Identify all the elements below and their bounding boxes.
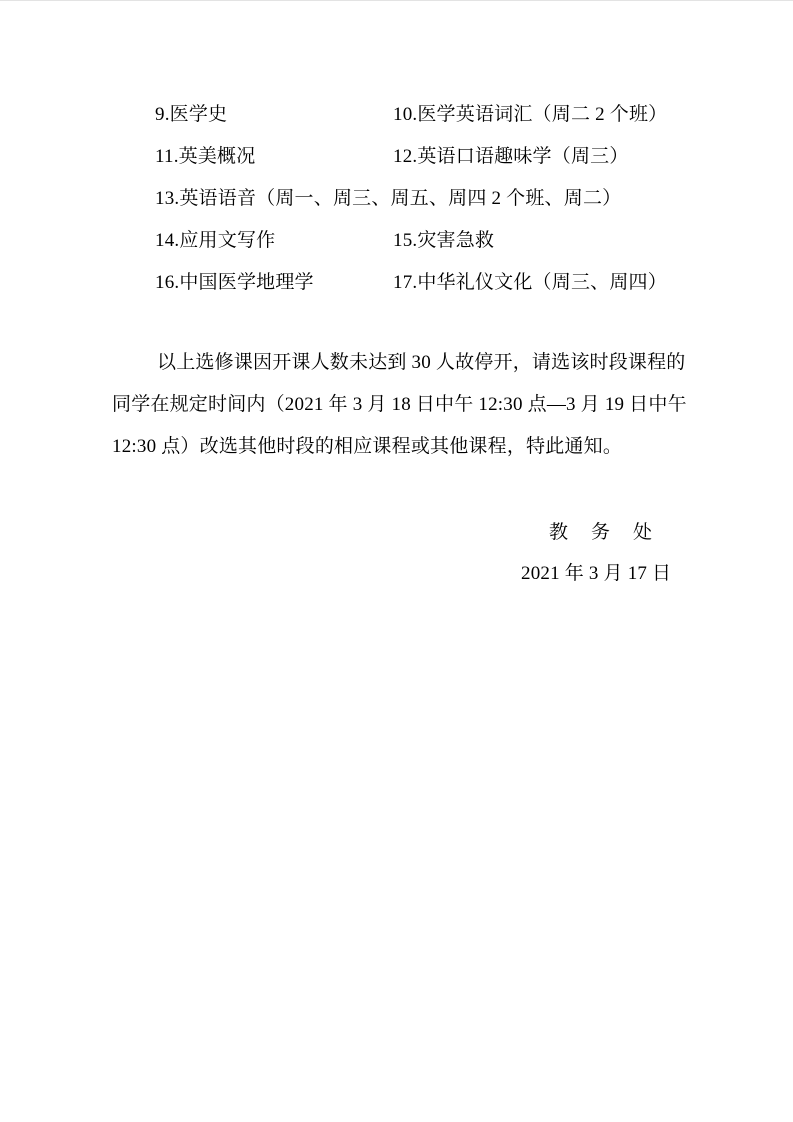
notice-line: 同学在规定时间内（2021 年 3 月 18 日中午 12:30 点—3 月 1… xyxy=(112,392,687,418)
course-item-14: 14.应用文写作 xyxy=(155,228,275,254)
course-item-13: 13.英语语音（周一、周三、周五、周四 2 个班、周二） xyxy=(155,186,621,212)
signature-date: 2021 年 3 月 17 日 xyxy=(521,561,671,587)
notice-line: 12:30 点）改选其他时段的相应课程或其他课程，特此通知。 xyxy=(112,434,622,460)
course-item-9: 9.医学史 xyxy=(155,102,227,128)
notice-document-page: 9.医学史 10.医学英语词汇（周二 2 个班） 11.英美概况 12.英语口语… xyxy=(0,0,793,1122)
notice-line: 以上选修课因开课人数未达到 30 人故停开，请选该时段课程的 xyxy=(157,350,686,376)
course-item-16: 16.中国医学地理学 xyxy=(155,270,314,296)
course-item-11: 11.英美概况 xyxy=(155,144,255,170)
course-item-10: 10.医学英语词汇（周二 2 个班） xyxy=(393,102,667,128)
signature-department: 教 务 处 xyxy=(549,520,654,546)
course-item-17: 17.中华礼仪文化（周三、周四） xyxy=(393,270,667,296)
course-item-12: 12.英语口语趣味学（周三） xyxy=(393,144,629,170)
course-item-15: 15.灾害急救 xyxy=(393,228,494,254)
